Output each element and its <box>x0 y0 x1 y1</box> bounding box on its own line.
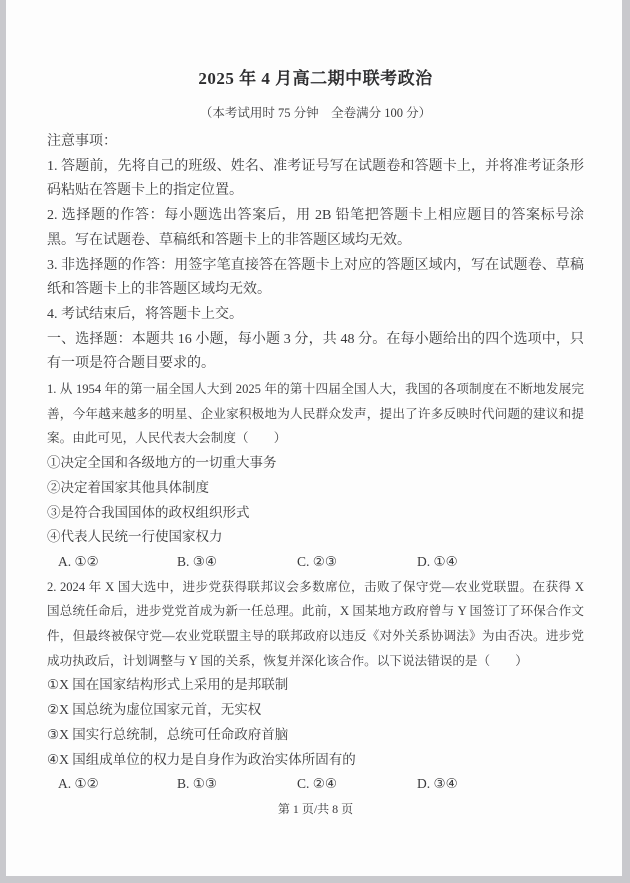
exam-title: 2025 年 4 月高二期中联考政治 <box>47 66 584 92</box>
exam-body: 注意事项： 1. 答题前，先将自己的班级、姓名、准考证号写在试题卷和答题卡上，并… <box>47 130 584 821</box>
page-content: 2025 年 4 月高二期中联考政治 （本考试用时 75 分钟 全卷满分 100… <box>6 0 622 821</box>
notice-item-4: 4. 考试结束后，将答题卡上交。 <box>47 303 584 328</box>
question-2-options: A. ①② B. ①③ C. ②④ D. ③④ <box>58 772 584 797</box>
notice-item-1: 1. 答题前，先将自己的班级、姓名、准考证号写在试题卷和答题卡上，并将准考证条形… <box>47 155 584 204</box>
exam-page: 2025 年 4 月高二期中联考政治 （本考试用时 75 分钟 全卷满分 100… <box>6 0 622 876</box>
question-1-statement-3: ③是符合我国国体的政权组织形式 <box>47 501 584 526</box>
question-2-statement-3: ③X 国实行总统制，总统可任命政府首脑 <box>47 723 584 748</box>
question-1-option-c: C. ②③ <box>297 550 417 575</box>
question-2-option-d: D. ③④ <box>417 772 584 797</box>
notices-heading: 注意事项： <box>47 130 584 155</box>
question-2-option-b: B. ①③ <box>177 772 297 797</box>
question-1-options: A. ①② B. ③④ C. ②③ D. ①④ <box>58 550 584 575</box>
question-2-stem: 2. 2024 年 X 国大选中，进步党获得联邦议会多数席位，击败了保守党—农业… <box>47 575 584 674</box>
question-2-statement-2: ②X 国总统为虚位国家元首，无实权 <box>47 698 584 723</box>
section-heading: 一、选择题：本题共 16 小题，每小题 3 分，共 48 分。在每小题给出的四个… <box>47 328 584 377</box>
question-1: 1. 从 1954 年的第一届全国人大到 2025 年的第十四届全国人大，我国的… <box>47 377 584 575</box>
question-1-option-b: B. ③④ <box>177 550 297 575</box>
question-1-option-a: A. ①② <box>58 550 177 575</box>
page-number: 第 1 页/共 8 页 <box>47 797 584 821</box>
question-2: 2. 2024 年 X 国大选中，进步党获得联邦议会多数席位，击败了保守党—农业… <box>47 575 584 797</box>
question-1-statement-4: ④代表人民统一行使国家权力 <box>47 525 584 550</box>
question-1-statement-1: ①决定全国和各级地方的一切重大事务 <box>47 451 584 476</box>
question-1-option-d: D. ①④ <box>417 550 584 575</box>
notice-item-3: 3. 非选择题的作答：用签字笔直接答在答题卡上对应的答题区域内，写在试题卷、草稿… <box>47 254 584 303</box>
notice-item-2: 2. 选择题的作答：每小题选出答案后，用 2B 铅笔把答题卡上相应题目的答案标号… <box>47 204 584 253</box>
exam-duration-score: （本考试用时 75 分钟 全卷满分 100 分） <box>47 103 584 123</box>
question-2-statement-1: ①X 国在国家结构形式上采用的是邦联制 <box>47 673 584 698</box>
question-2-statement-4: ④X 国组成单位的权力是自身作为政治实体所固有的 <box>47 748 584 773</box>
question-1-statement-2: ②决定着国家其他具体制度 <box>47 476 584 501</box>
question-2-option-c: C. ②④ <box>297 772 417 797</box>
question-1-stem: 1. 从 1954 年的第一届全国人大到 2025 年的第十四届全国人大，我国的… <box>47 377 584 451</box>
question-2-option-a: A. ①② <box>58 772 177 797</box>
